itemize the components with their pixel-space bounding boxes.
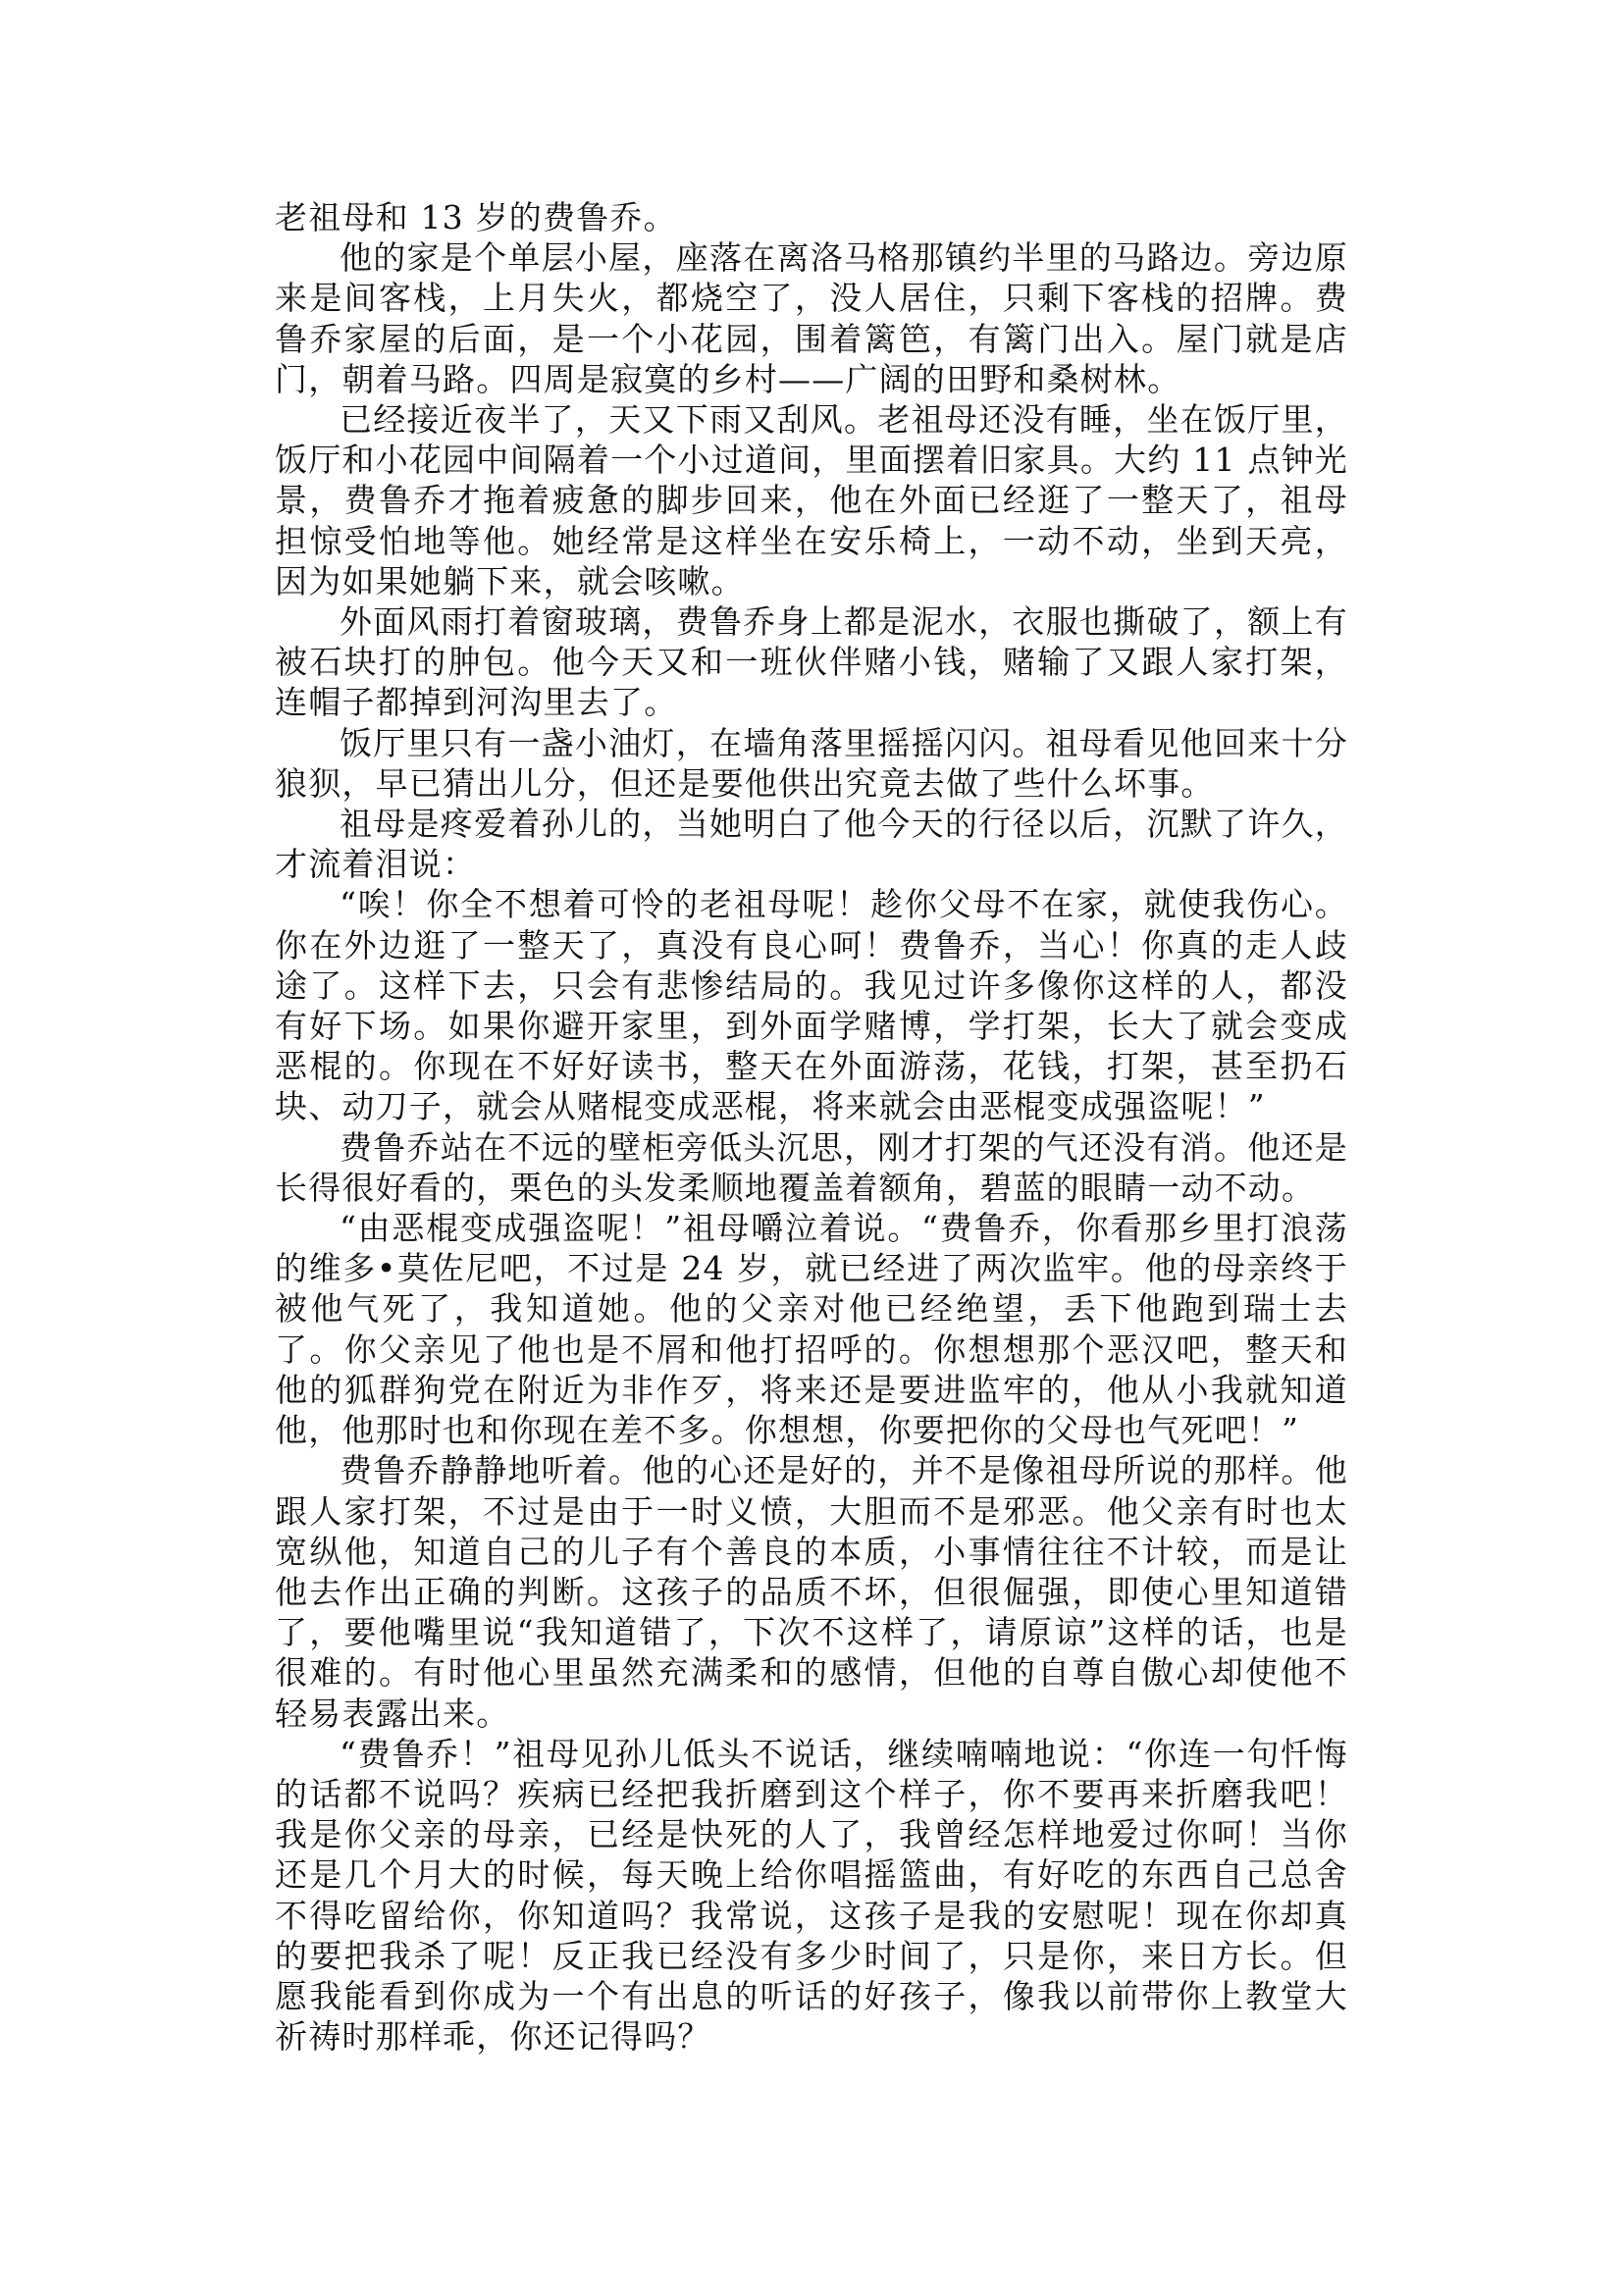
paragraph-4: 外面风雨打着窗玻璃，费鲁乔身上都是泥水，衣服也撕破了，额上有被石块打的肿包。他今… [275,601,1348,723]
paragraph-7: “唉！你全不想着可怜的老祖母呢！趁你父母不在家，就使我伤心。你在外边逛了一整天了… [275,884,1348,1126]
paragraph-10: 费鲁乔静静地听着。他的心还是好的，并不是像祖母所说的那样。他跟人家打架，不过是由… [275,1450,1348,1733]
document-page: 老祖母和 13 岁的费鲁乔。 他的家是个单层小屋，座落在离洛马格那镇约半里的马路… [275,197,1348,2057]
paragraph-3: 已经接近夜半了，天又下雨又刮风。老祖母还没有睡，坐在饭厅里，饭厅和小花园中间隔着… [275,399,1348,601]
paragraph-9: “由恶棍变成强盗呢！”祖母嚼泣着说。“费鲁乔，你看那乡里打浪荡的维多•莫佐尼吧，… [275,1208,1348,1450]
paragraph-1: 老祖母和 13 岁的费鲁乔。 [275,197,1348,237]
paragraph-5: 饭厅里只有一盏小油灯，在墙角落里摇摇闪闪。祖母看见他回来十分狼狈，早已猜出儿分，… [275,723,1348,804]
paragraph-8: 费鲁乔站在不远的壁柜旁低头沉思，刚才打架的气还没有消。他还是长得很好看的，栗色的… [275,1127,1348,1208]
paragraph-2: 他的家是个单层小屋，座落在离洛马格那镇约半里的马路边。旁边原来是间客栈，上月失火… [275,237,1348,399]
paragraph-6: 祖母是疼爱着孙儿的，当她明白了他今天的行径以后，沉默了许久，才流着泪说： [275,804,1348,884]
paragraph-11: “费鲁乔！”祖母见孙儿低头不说话，继续喃喃地说：“你连一句忏悔的话都不说吗？疾病… [275,1734,1348,2058]
